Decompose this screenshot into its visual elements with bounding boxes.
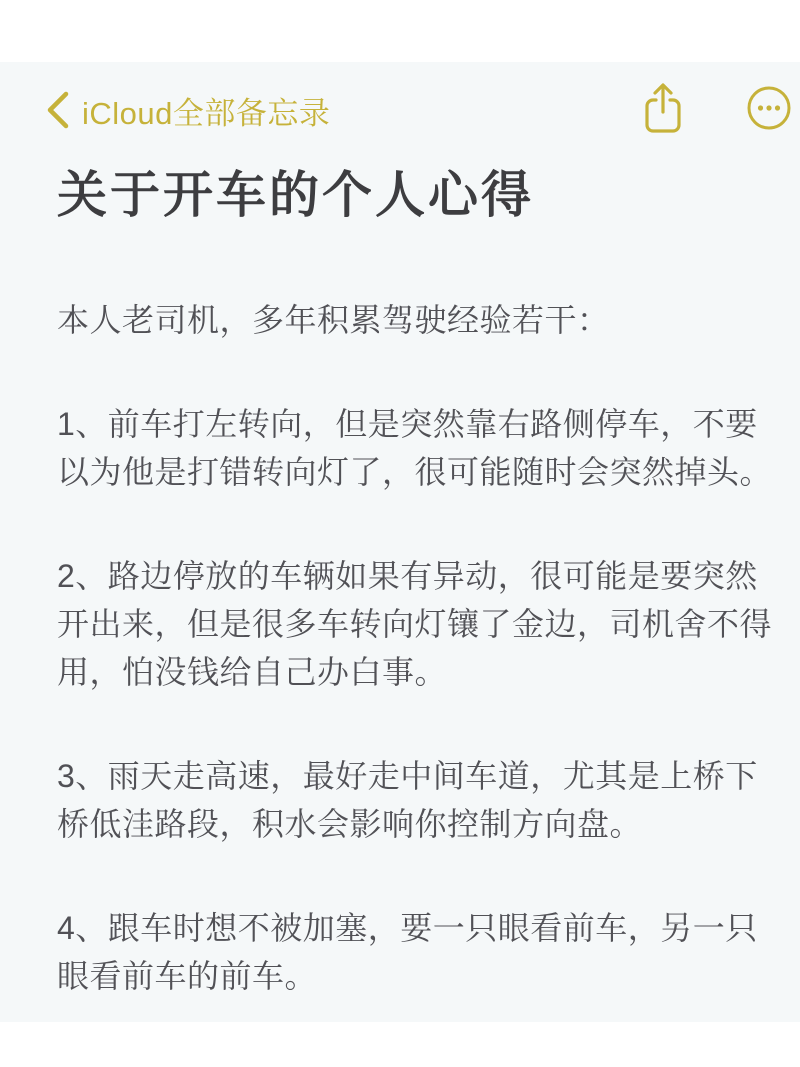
note-paragraph[interactable]: 2、路边停放的车辆如果有异动，很可能是要突然开出来，但是很多车转向灯镶了金边，司… (57, 552, 775, 696)
note-title[interactable]: 关于开车的个人心得 (57, 164, 767, 226)
note-paragraph[interactable]: 3、雨天走高速，最好走中间车道，尤其是上桥下桥低洼路段，积水会影响你控制方向盘。 (57, 752, 775, 848)
chevron-left-icon (44, 90, 70, 130)
note-paragraph[interactable]: 1、前车打左转向，但是突然靠右路侧停车，不要以为他是打错转向灯了，很可能随时会突… (57, 400, 775, 496)
navbar: iCloud全部备忘录 (44, 82, 794, 138)
notes-app-screen: iCloud全部备忘录 (0, 0, 800, 1067)
share-icon (640, 81, 686, 140)
note-paragraph[interactable]: 4、跟车时想不被加塞，要一只眼看前车，另一只眼看前车的前车。 (57, 904, 775, 1000)
share-button[interactable] (638, 82, 688, 138)
note-body[interactable]: 本人老司机，多年积累驾驶经验若干： 1、前车打左转向，但是突然靠右路侧停车，不要… (57, 296, 775, 1000)
nav-actions (638, 82, 794, 138)
back-button[interactable]: iCloud全部备忘录 (44, 88, 330, 133)
back-button-label: iCloud全部备忘录 (82, 88, 330, 133)
more-button[interactable] (744, 82, 794, 138)
ellipsis-circle-icon (745, 84, 793, 137)
note-paragraph[interactable]: 本人老司机，多年积累驾驶经验若干： (57, 296, 775, 344)
